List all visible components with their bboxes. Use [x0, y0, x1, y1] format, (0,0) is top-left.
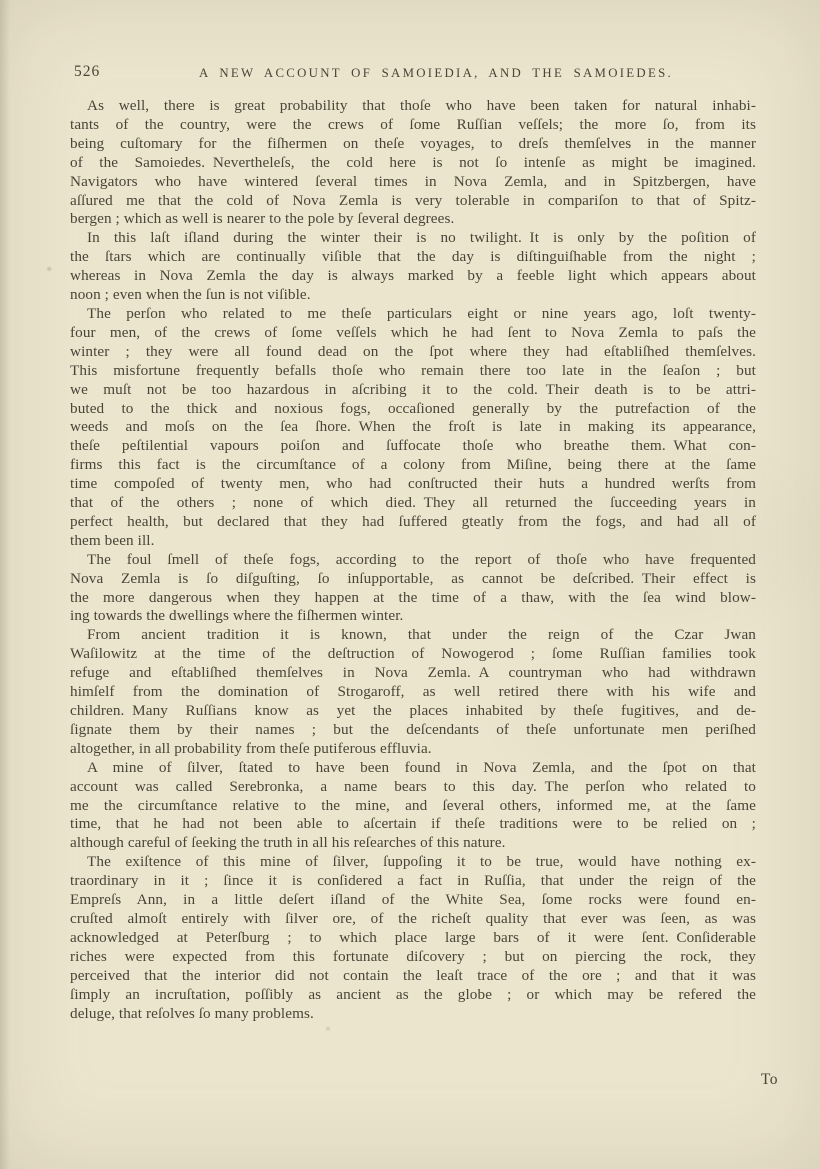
text-line: of the Samoiedes. Nevertheleſs, the cold…: [70, 154, 756, 173]
text-line: deluge, that reſolves ſo many problems.: [70, 1005, 756, 1024]
text-line: the ſtars which are continually viſible …: [70, 248, 756, 267]
text-line: This misfortune frequently befalls thoſe…: [70, 362, 756, 381]
text-line: refuge and eſtabliſhed themſelves in Nov…: [70, 664, 756, 683]
text-line: tants of the country, were the crews of …: [70, 116, 756, 135]
text-line: we muſt not be too hazardous in aſcribin…: [70, 381, 756, 400]
text-line: aſſured me that the cold of Nova Zemla i…: [70, 192, 756, 211]
text-line: himſelf from the domination of Strogarof…: [70, 683, 756, 702]
text-line: Waſilowitz at the time of the deſtructio…: [70, 645, 756, 664]
paragraph: The perſon who related to me theſe parti…: [70, 305, 756, 551]
page-body: As well, there is great probability that…: [70, 97, 756, 1023]
text-line: acknowledged at Peterſburg ; to which pl…: [70, 929, 756, 948]
text-line: altogether, in all probability from theſ…: [70, 740, 756, 759]
paragraph: The foul ſmell of theſe fogs, according …: [70, 551, 756, 627]
text-line: weeds and moſs on the ſea ſhore. When th…: [70, 418, 756, 437]
text-line: In this laſt iſland during the winter th…: [70, 229, 756, 248]
text-line: bergen ; which as well is nearer to the …: [70, 210, 756, 229]
text-line: ſimply an incruſtation, poſſibly as anci…: [70, 986, 756, 1005]
text-line: noon ; even when the ſun is not viſible.: [70, 286, 756, 305]
text-line: As well, there is great probability that…: [70, 97, 756, 116]
text-line: perfect health, but declared that they h…: [70, 513, 756, 532]
text-line: time, that he had not been able to aſcer…: [70, 815, 756, 834]
text-line: me the circumſtance relative to the mine…: [70, 797, 756, 816]
text-line: perceived that the interior did not cont…: [70, 967, 756, 986]
text-line: cruſted almoſt entirely with ſilver ore,…: [70, 910, 756, 929]
text-line: ing towards the dwellings where the fiſh…: [70, 607, 756, 626]
text-line: theſe peſtilential vapours poiſon and ſu…: [70, 437, 756, 456]
text-line: buted to the thick and noxious fogs, occ…: [70, 400, 756, 419]
text-line: being cuſtomary for the fiſhermen on the…: [70, 135, 756, 154]
text-line: Navigators who have wintered ſeveral tim…: [70, 173, 756, 192]
text-line: traordinary in it ; ſince it is conſider…: [70, 872, 756, 891]
text-line: riches were expected from this fortunate…: [70, 948, 756, 967]
text-line: The foul ſmell of theſe fogs, according …: [70, 551, 756, 570]
catchword: To: [761, 1071, 778, 1089]
page-number: 526: [74, 63, 100, 81]
text-line: time compoſed of twenty men, who had con…: [70, 475, 756, 494]
text-line: firms this fact is the circumſtance of a…: [70, 456, 756, 475]
paragraph: A mine of ſilver, ſtated to have been fo…: [70, 759, 756, 854]
paragraph: The exiſtence of this mine of ſilver, ſu…: [70, 853, 756, 1023]
text-line: account was called Serebronka, a name be…: [70, 778, 756, 797]
paragraph: From ancient tradition it is known, that…: [70, 626, 756, 758]
text-line: A mine of ſilver, ſtated to have been fo…: [70, 759, 756, 778]
text-line: The perſon who related to me theſe parti…: [70, 305, 756, 324]
text-line: whereas in Nova Zemla the day is always …: [70, 267, 756, 286]
text-line: From ancient tradition it is known, that…: [70, 626, 756, 645]
text-line: ſignate them by their names ; but the de…: [70, 721, 756, 740]
text-line: although careful of ſeeking the truth in…: [70, 834, 756, 853]
text-line: that of the others ; none of which died.…: [70, 494, 756, 513]
text-line: them been ill.: [70, 532, 756, 551]
text-line: four men, of the crews of ſome veſſels w…: [70, 324, 756, 343]
text-line: winter ; they were all found dead on the…: [70, 343, 756, 362]
text-line: The exiſtence of this mine of ſilver, ſu…: [70, 853, 756, 872]
text-line: children. Many Ruſſians know as yet the …: [70, 702, 756, 721]
text-line: the more dangerous when they happen at t…: [70, 589, 756, 608]
text-line: Empreſs Ann, in a little deſert iſland o…: [70, 891, 756, 910]
text-line: Nova Zemla is ſo diſguſting, ſo inſuppor…: [70, 570, 756, 589]
book-page: 526 A NEW ACCOUNT OF SAMOIEDIA, AND THE …: [0, 0, 820, 1169]
paragraph: In this laſt iſland during the winter th…: [70, 229, 756, 305]
paragraph: As well, there is great probability that…: [70, 97, 756, 229]
running-title: A NEW ACCOUNT OF SAMOIEDIA, AND THE SAMO…: [199, 66, 673, 81]
